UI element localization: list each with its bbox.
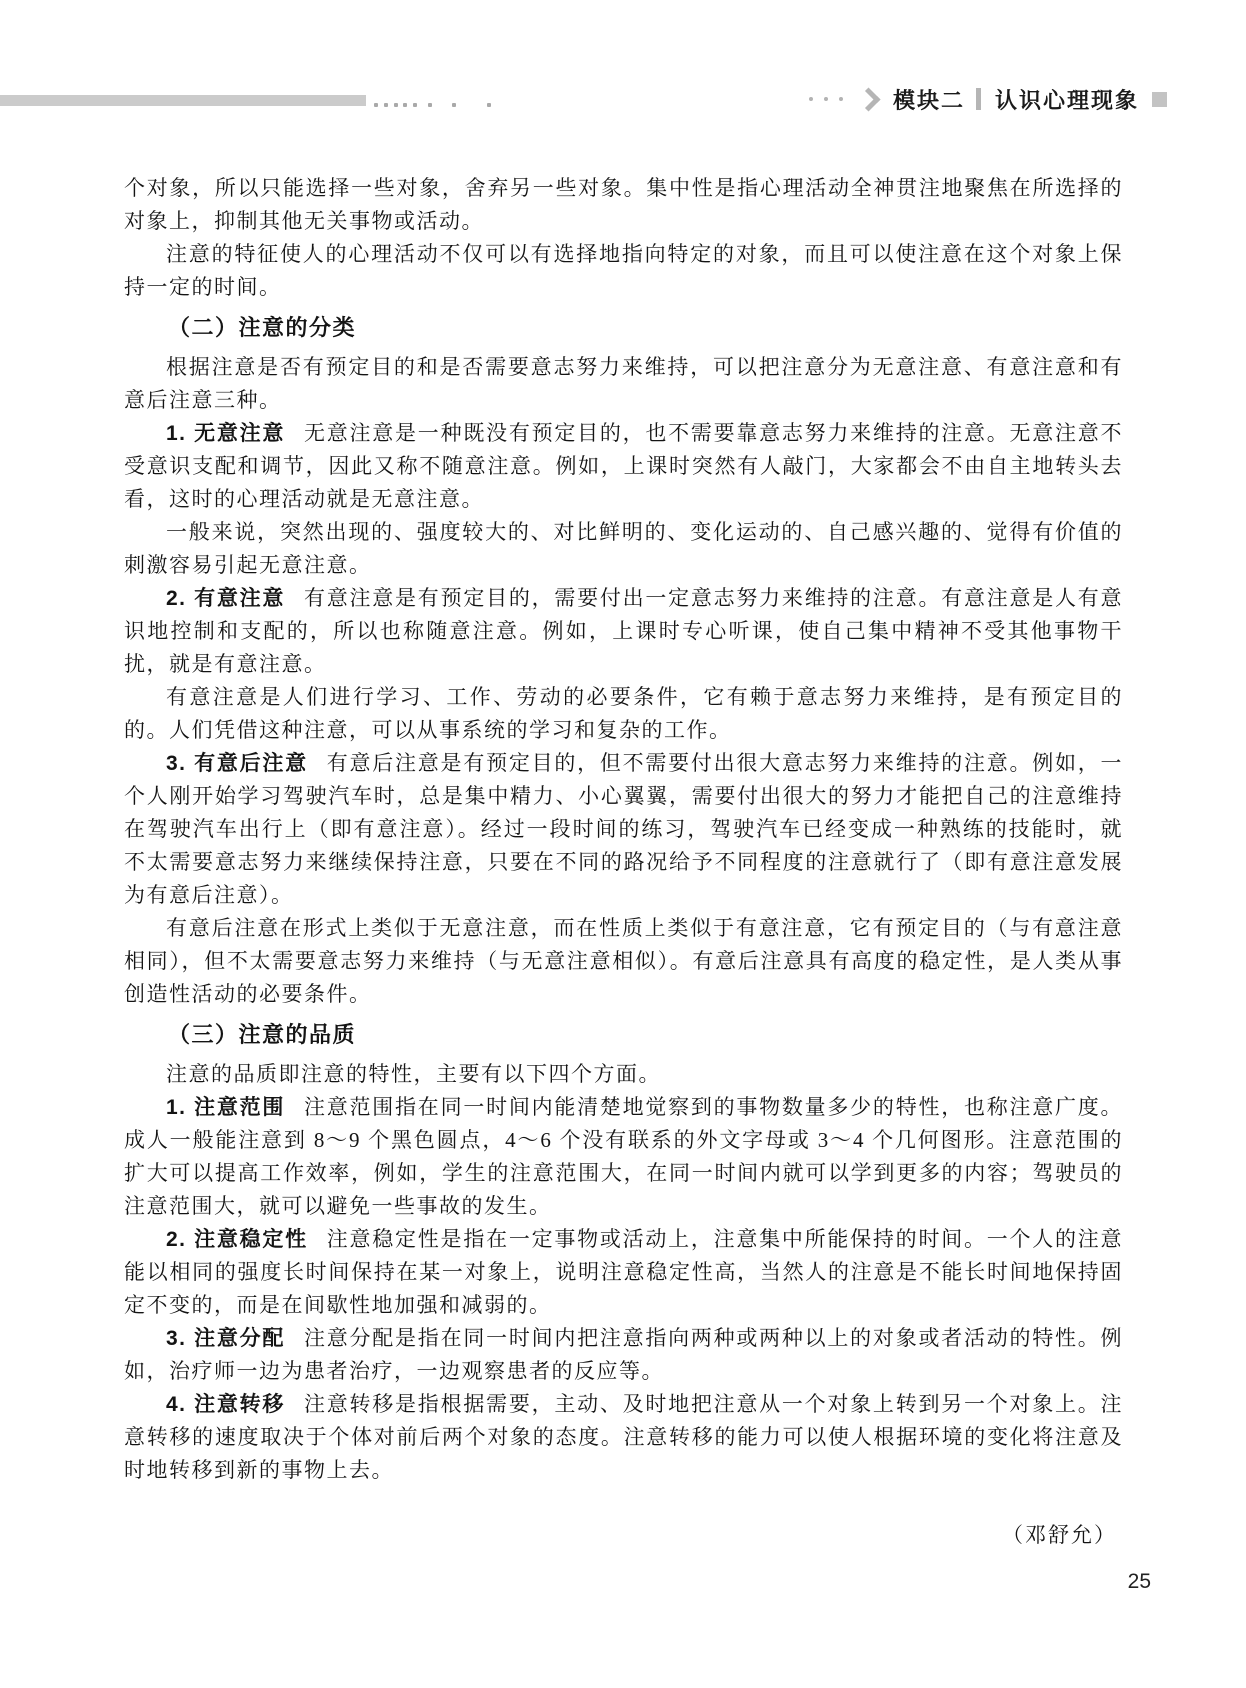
paragraph-text: 有意后注意在形式上类似于无意注意，而在性质上类似于有意注意，它有预定目的（与有意… [124,916,1123,1006]
header-square-ornament [1152,92,1167,107]
paragraph: 3. 有意后注意有意后注意是有预定目的，但不需要付出很大意志努力来维持的注意。例… [124,747,1123,912]
dot-icon [374,103,378,107]
chapter-label: 认识心理现象 [995,84,1139,115]
paragraph-lead: 3. 注意分配 [166,1327,285,1350]
paragraph: 注意的特征使人的心理活动不仅可以有选择地指向特定的对象，而且可以使注意在这个对象… [124,238,1123,304]
paragraph: 一般来说，突然出现的、强度较大的、对比鲜明的、变化运动的、自己感兴趣的、觉得有价… [124,516,1123,582]
paragraph-text: 注意的特征使人的心理活动不仅可以有选择地指向特定的对象，而且可以使注意在这个对象… [124,242,1123,299]
module-label: 模块二 [893,84,965,115]
paragraph-text: 个对象，所以只能选择一些对象，舍弃另一些对象。集中性是指心理活动全神贯注地聚焦在… [124,176,1123,233]
paragraph-text: 注意的品质即注意的特性，主要有以下四个方面。 [166,1062,661,1086]
dot-icon [403,103,407,107]
paragraph: 3. 注意分配注意分配是指在同一时间内把注意指向两种或两种以上的对象或者活动的特… [124,1322,1123,1388]
paragraph: 有意后注意在形式上类似于无意注意，而在性质上类似于有意注意，它有预定目的（与有意… [124,912,1123,1011]
header-divider [976,88,981,110]
dot-icon [428,103,432,107]
header-dot-row [374,103,491,121]
paragraph: 2. 注意稳定性注意稳定性是指在一定事物或活动上，注意集中所能保持的时间。一个人… [124,1223,1123,1322]
dot-icon [487,103,491,107]
paragraph-lead: 1. 无意注意 [166,422,285,445]
paragraph-lead: 2. 有意注意 [166,587,285,610]
dot-icon [413,103,417,107]
dot-icon [384,103,388,107]
section-heading: （三）注意的品质 [124,1018,1123,1051]
paragraph: 根据注意是否有预定目的和是否需要意志努力来维持，可以把注意分为无意注意、有意注意… [124,351,1123,417]
paragraph-text: 一般来说，突然出现的、强度较大的、对比鲜明的、变化运动的、自己感兴趣的、觉得有价… [124,520,1123,577]
running-head: 模块二 认识心理现象 [809,84,1167,114]
paragraph-text: 根据注意是否有预定目的和是否需要意志努力来维持，可以把注意分为无意注意、有意注意… [124,355,1123,412]
paragraph: 有意注意是人们进行学习、工作、劳动的必要条件，它有赖于意志努力来维持，是有预定目… [124,681,1123,747]
paragraph-lead: 1. 注意范围 [166,1096,285,1119]
author-credit: （邓舒允） [124,1519,1123,1552]
paragraph: 4. 注意转移注意转移是指根据需要，主动、及时地把注意从一个对象上转到另一个对象… [124,1388,1123,1487]
paragraph-lead: 4. 注意转移 [166,1393,285,1416]
paragraph-lead: 2. 注意稳定性 [166,1228,308,1251]
chevron-right-icon [856,87,880,111]
paragraph: 2. 有意注意有意注意是有预定目的，需要付出一定意志努力来维持的注意。有意注意是… [124,582,1123,681]
header-rule-bar [0,95,366,106]
page-number: 25 [1128,1570,1151,1594]
page-body: 个对象，所以只能选择一些对象，舍弃另一些对象。集中性是指心理活动全神贯注地聚焦在… [124,172,1123,1552]
dot-icon [452,103,456,107]
paragraph: 个对象，所以只能选择一些对象，舍弃另一些对象。集中性是指心理活动全神贯注地聚焦在… [124,172,1123,238]
ellipsis-dots-icon [809,97,854,101]
paragraph-text: 有意注意是人们进行学习、工作、劳动的必要条件，它有赖于意志努力来维持，是有预定目… [124,685,1123,742]
paragraph: 1. 无意注意无意注意是一种既没有预定目的，也不需要靠意志努力来维持的注意。无意… [124,417,1123,516]
paragraph: 注意的品质即注意的特性，主要有以下四个方面。 [124,1058,1123,1091]
dot-icon [394,103,398,107]
book-page: { "header": { "module_label": "模块二", "se… [0,0,1246,1688]
paragraph-lead: 3. 有意后注意 [166,752,308,775]
section-heading: （二）注意的分类 [124,311,1123,344]
paragraph: 1. 注意范围注意范围指在同一时间内能清楚地觉察到的事物数量多少的特性，也称注意… [124,1091,1123,1223]
